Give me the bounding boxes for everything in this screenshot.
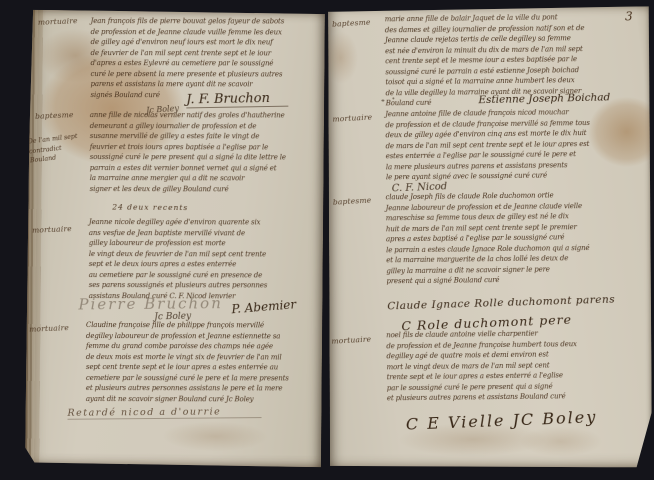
left-page: mortuaire Jean françois fils de pierre b…	[25, 10, 325, 468]
margin-label-mortuaire: mortuaire	[29, 323, 69, 334]
ink-speck	[381, 99, 384, 101]
manuscript-scan: mortuaire Jean françois fils de pierre b…	[0, 0, 654, 480]
baptism-record-text: anne fille de nicolas vernier natif des …	[90, 110, 323, 194]
margin-label-mortuaire: mortuaire	[32, 224, 72, 235]
signature-bruchon-large: Pierre Bruchon	[78, 294, 223, 313]
burial-record-text: Jean françois fils de pierre bouvat gelo…	[91, 16, 324, 100]
signature-bruchon: J. F. Bruchon	[186, 91, 288, 109]
burial-record-text: Jeanne nicole degilley agée d'environ qu…	[89, 217, 322, 301]
margin-label-baptesme: baptesme	[35, 110, 74, 121]
margin-label-mortuaire: mortuaire	[331, 334, 371, 345]
paper-stain	[145, 416, 285, 457]
margin-label-baptesme: baptesme	[332, 18, 371, 29]
burial-record-text: Claudine françoise fille de philippe fra…	[86, 320, 319, 404]
paper-stain	[328, 23, 370, 93]
baptism-record-text: claude Joseph fils de claude Role duchom…	[385, 189, 638, 286]
margin-note: De l'an mil sept contradict Bouland	[27, 131, 92, 166]
margin-label-mortuaire: mortuaire	[38, 16, 78, 27]
margin-label-mortuaire: mortuaire	[332, 112, 372, 123]
burial-record-text: Jeanne antoine fille de claude françois …	[385, 106, 638, 182]
signature-rolle-duchomont-parrain: Claude Ignace Rolle duchomont parens	[387, 293, 615, 312]
left-binding-edge	[25, 10, 43, 465]
interline-note: 24 deux recents	[112, 202, 188, 212]
margin-label-baptesme: baptesme	[333, 196, 372, 207]
signature-vielle-boley: C E Vielle JC Boley	[405, 407, 597, 434]
right-page: 3 baptesme marie anne fille de balair Ja…	[328, 6, 652, 468]
burial-record-text: noel fils de claude antoine vielle charp…	[386, 327, 639, 403]
footer-annotation: Retardé nicod a d'ourrie	[67, 406, 261, 420]
